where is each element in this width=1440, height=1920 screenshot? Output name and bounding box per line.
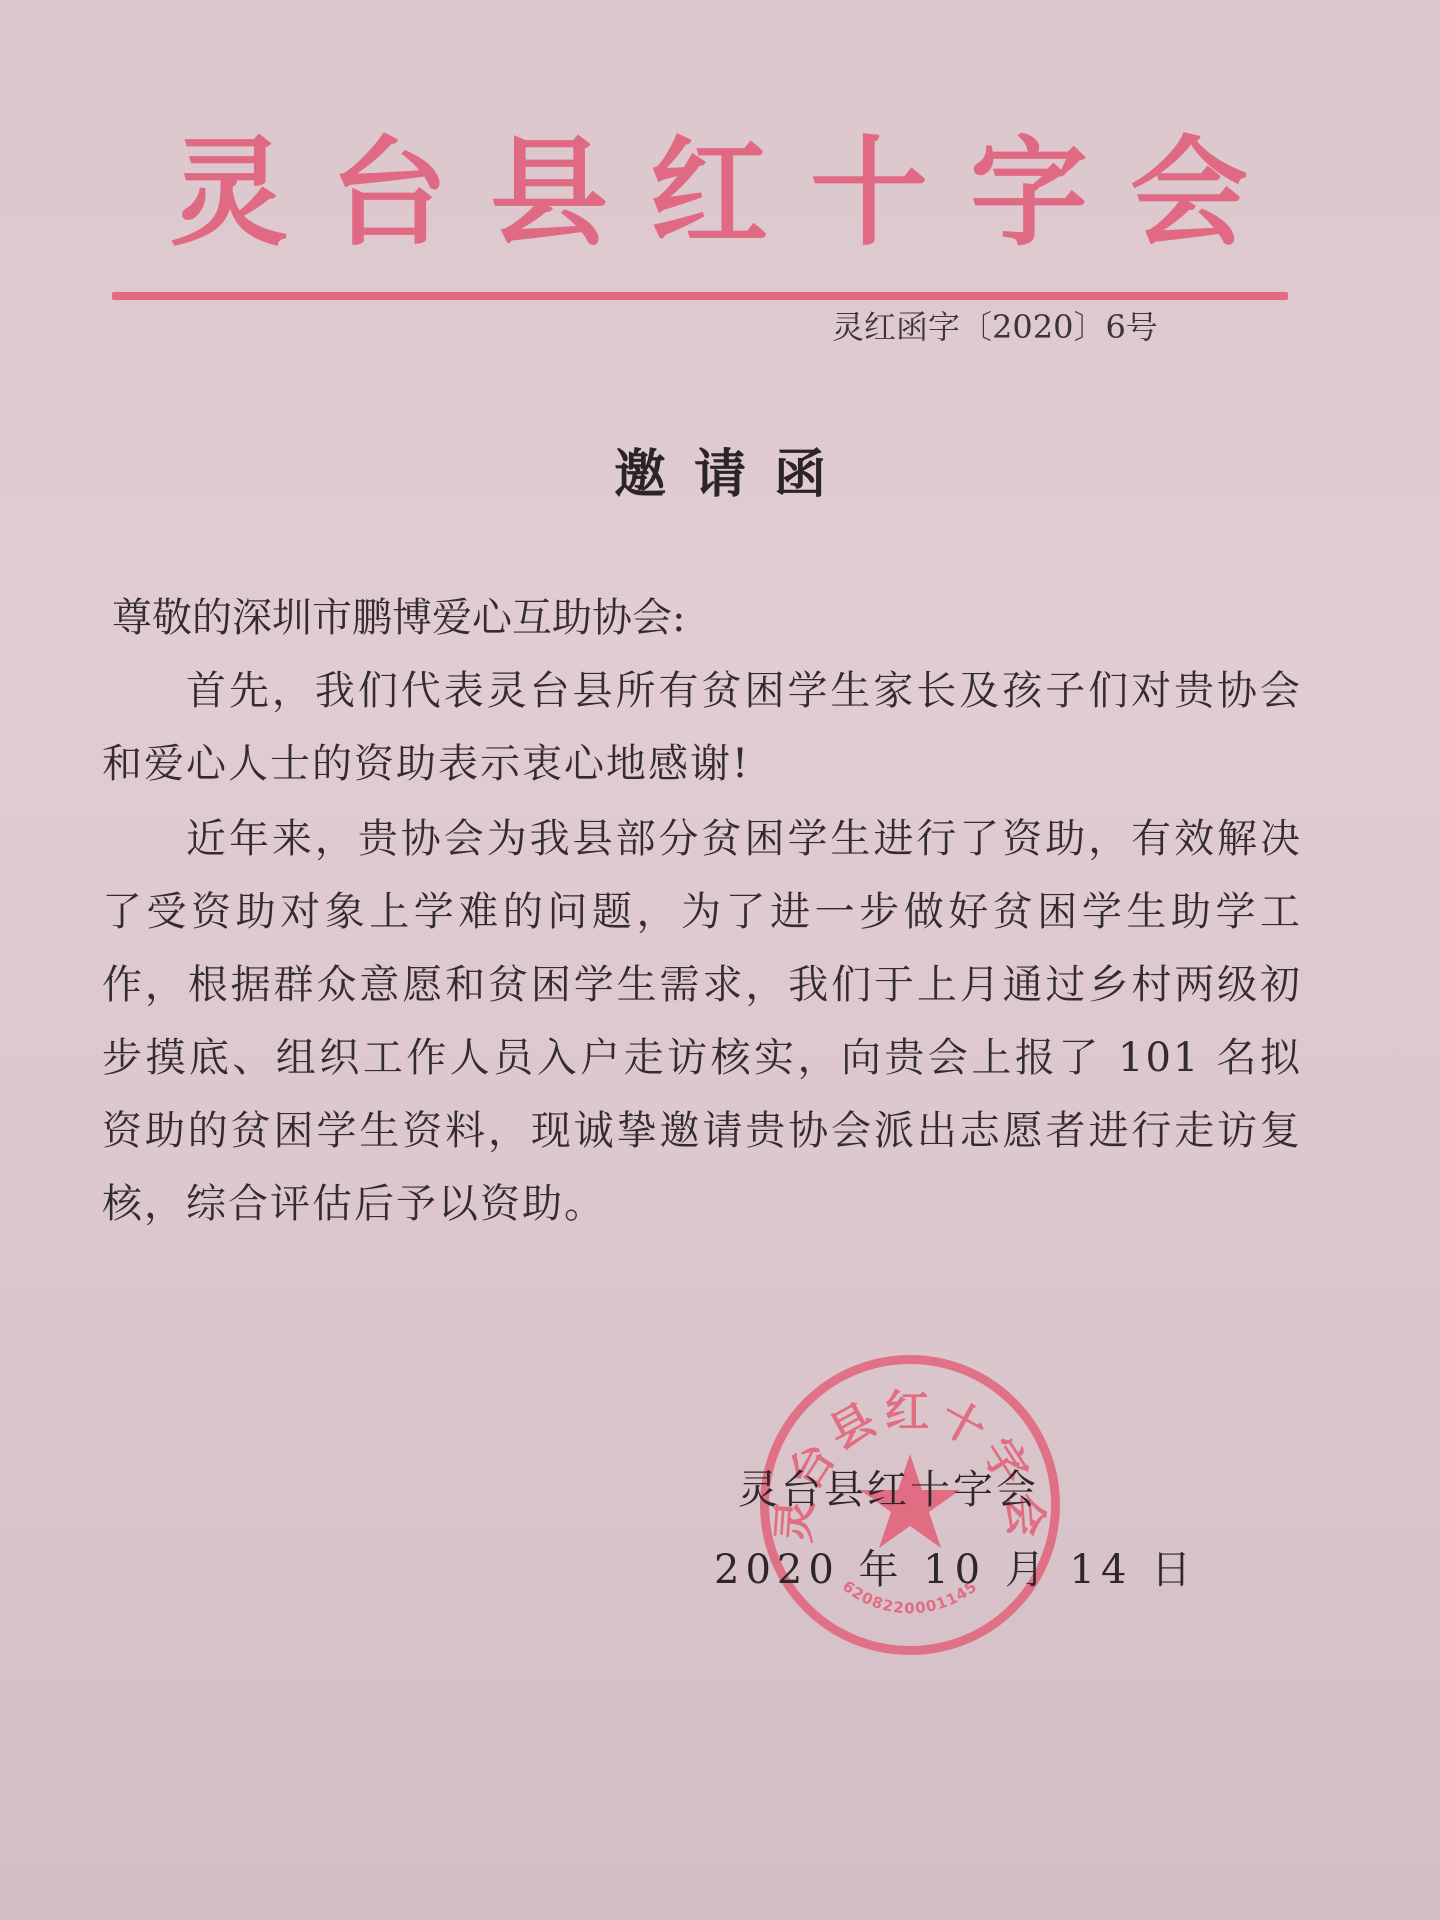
letterhead-divider	[112, 292, 1288, 300]
document-title: 邀请函	[0, 440, 1440, 510]
paragraph-invitation: 近年来，贵协会为我县部分贫困学生进行了资助，有效解决了受资助对象上学难的问题，为…	[102, 803, 1302, 1241]
paragraph-thanks: 首先，我们代表灵台县所有贫困学生家长及孩子们对贵协会和爱心人士的资助表示衷心地感…	[102, 655, 1302, 801]
signature-date: 2020 年 10 月 14 日	[714, 1540, 1197, 1600]
document-number: 灵红函字〔2020〕6号	[832, 302, 1158, 352]
document-page: 灵台县红十字会 灵红函字〔2020〕6号 邀请函 尊敬的深圳市鹏博爱心互助协会:…	[0, 0, 1440, 1920]
salutation: 尊敬的深圳市鹏博爱心互助协会:	[102, 582, 1302, 655]
letter-body: 尊敬的深圳市鹏博爱心互助协会: 首先，我们代表灵台县所有贫困学生家长及孩子们对贵…	[102, 582, 1302, 1241]
signature-organization: 灵台县红十字会	[738, 1460, 1039, 1520]
letterhead-title: 灵台县红十字会	[170, 118, 1270, 268]
